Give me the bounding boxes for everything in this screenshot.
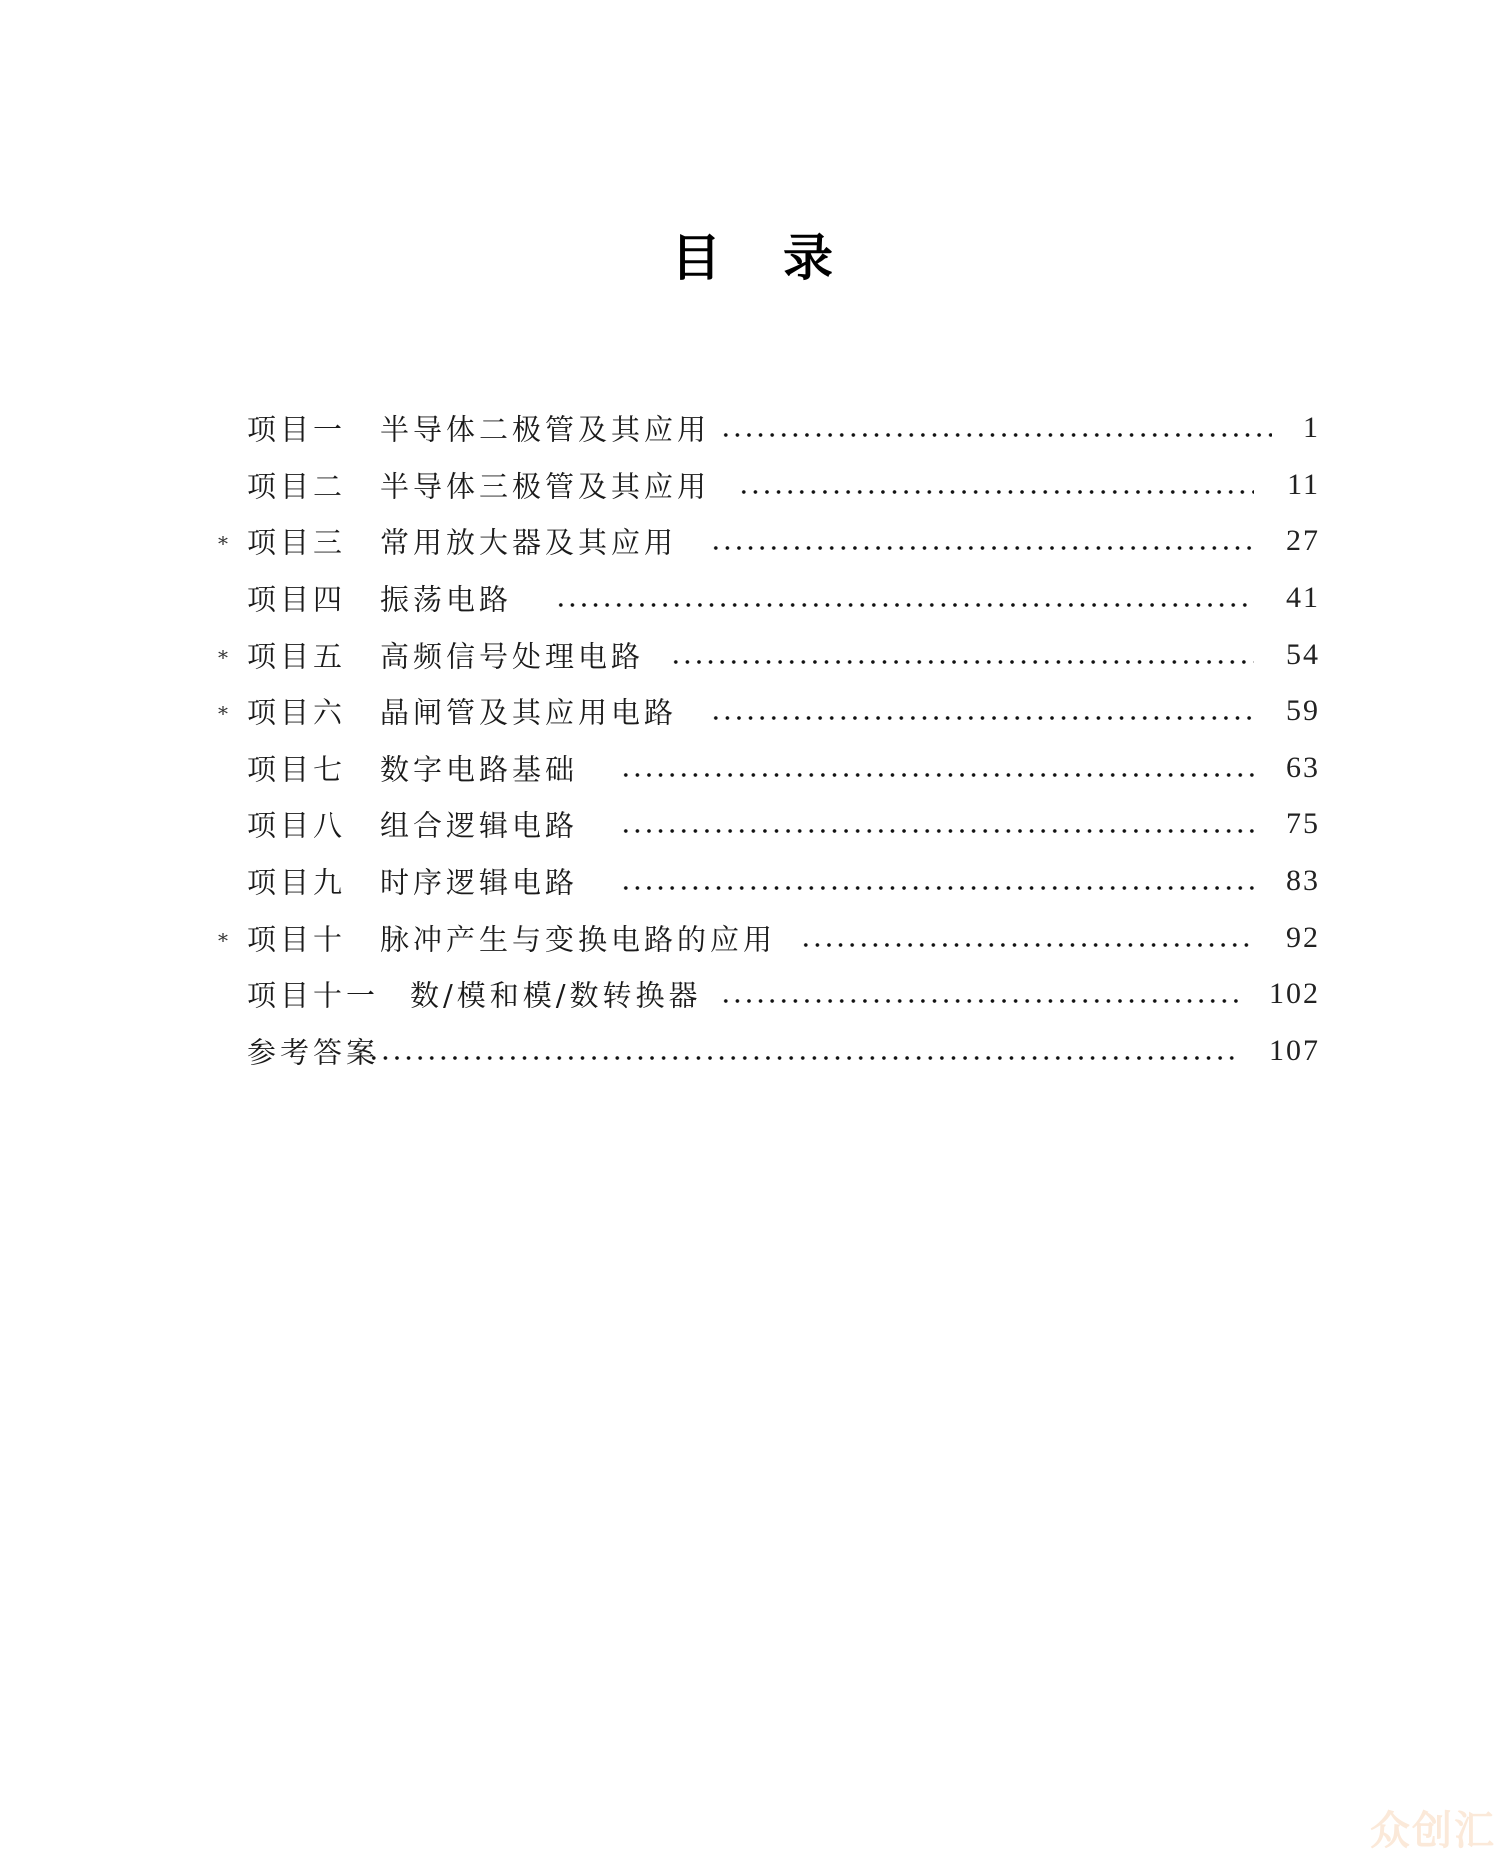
project-label: 项目五	[247, 634, 346, 675]
optional-marker: *	[218, 645, 240, 669]
toc-entry[interactable]: 项目九 时序逻辑电路 83	[220, 853, 1320, 910]
project-label: 项目八	[247, 804, 346, 845]
toc-entry[interactable]: 项目四 振荡电路 41	[220, 570, 1320, 627]
page-number: 27	[1286, 524, 1320, 558]
toc-entry[interactable]: 项目七 数字电路基础 63	[220, 740, 1320, 797]
dot-leader	[720, 430, 1272, 440]
entry-title: 振荡电路	[380, 578, 512, 619]
page-number: 92	[1286, 921, 1320, 955]
project-label: 项目一	[247, 408, 346, 449]
toc-entry[interactable]: 项目八 组合逻辑电路 75	[220, 796, 1320, 853]
optional-marker: *	[218, 532, 240, 556]
project-label: 项目七	[247, 747, 346, 788]
toc-entry[interactable]: 项目一 半导体二极管及其应用 1	[220, 400, 1320, 457]
project-label: 项目十一	[247, 974, 379, 1015]
page-number: 41	[1286, 581, 1320, 615]
entry-title: 数字电路基础	[380, 747, 578, 788]
project-label: 项目四	[247, 578, 346, 619]
dot-leader	[620, 770, 1254, 780]
page-number: 59	[1286, 694, 1320, 728]
page-number: 75	[1286, 807, 1320, 841]
toc-entry[interactable]: * 项目十 脉冲产生与变换电路的应用 92	[220, 909, 1320, 966]
dot-leader	[738, 487, 1254, 497]
entry-title: 晶闸管及其应用电路	[380, 691, 677, 732]
toc-entry[interactable]: 项目十一 数/模和模/数转换器 102	[220, 966, 1320, 1023]
page-number: 11	[1287, 468, 1320, 502]
entry-title: 组合逻辑电路	[380, 804, 578, 845]
entry-title: 常用放大器及其应用	[380, 521, 677, 562]
project-label: 项目二	[247, 464, 346, 505]
dot-leader	[620, 826, 1254, 836]
entry-title: 高频信号处理电路	[380, 634, 644, 675]
project-label: 参考答案	[247, 1030, 379, 1071]
dot-leader	[710, 713, 1254, 723]
page-number: 83	[1286, 864, 1320, 898]
project-label: 项目三	[247, 521, 346, 562]
page-number: 63	[1286, 751, 1320, 785]
watermark-logo: 众创汇	[1370, 1799, 1496, 1856]
table-of-contents: 项目一 半导体二极管及其应用 1 项目二 半导体三极管及其应用 11 * 项目三…	[220, 400, 1320, 1079]
toc-title: 目录	[0, 218, 1504, 290]
dot-leader	[670, 657, 1254, 667]
page-number: 1	[1303, 411, 1320, 445]
project-label: 项目九	[247, 861, 346, 902]
toc-entry[interactable]: * 项目三 常用放大器及其应用 27	[220, 513, 1320, 570]
dot-leader	[720, 996, 1238, 1006]
toc-entry[interactable]: 参考答案 107	[220, 1023, 1320, 1080]
page-number: 102	[1269, 977, 1320, 1011]
dot-leader	[368, 1053, 1238, 1063]
entry-title: 半导体二极管及其应用	[380, 408, 710, 449]
project-label: 项目六	[247, 691, 346, 732]
optional-marker: *	[218, 928, 240, 952]
entry-title: 数/模和模/数转换器	[410, 974, 702, 1015]
dot-leader	[620, 883, 1254, 893]
entry-title: 脉冲产生与变换电路的应用	[380, 917, 776, 958]
toc-entry[interactable]: * 项目五 高频信号处理电路 54	[220, 626, 1320, 683]
entry-title: 半导体三极管及其应用	[380, 464, 710, 505]
dot-leader	[710, 543, 1254, 553]
page-number: 107	[1269, 1034, 1320, 1068]
toc-entry[interactable]: * 项目六 晶闸管及其应用电路 59	[220, 683, 1320, 740]
page-number: 54	[1286, 638, 1320, 672]
dot-leader	[800, 940, 1254, 950]
toc-entry[interactable]: 项目二 半导体三极管及其应用 11	[220, 457, 1320, 514]
optional-marker: *	[218, 702, 240, 726]
entry-title: 时序逻辑电路	[380, 861, 578, 902]
project-label: 项目十	[247, 917, 346, 958]
dot-leader	[555, 600, 1254, 610]
